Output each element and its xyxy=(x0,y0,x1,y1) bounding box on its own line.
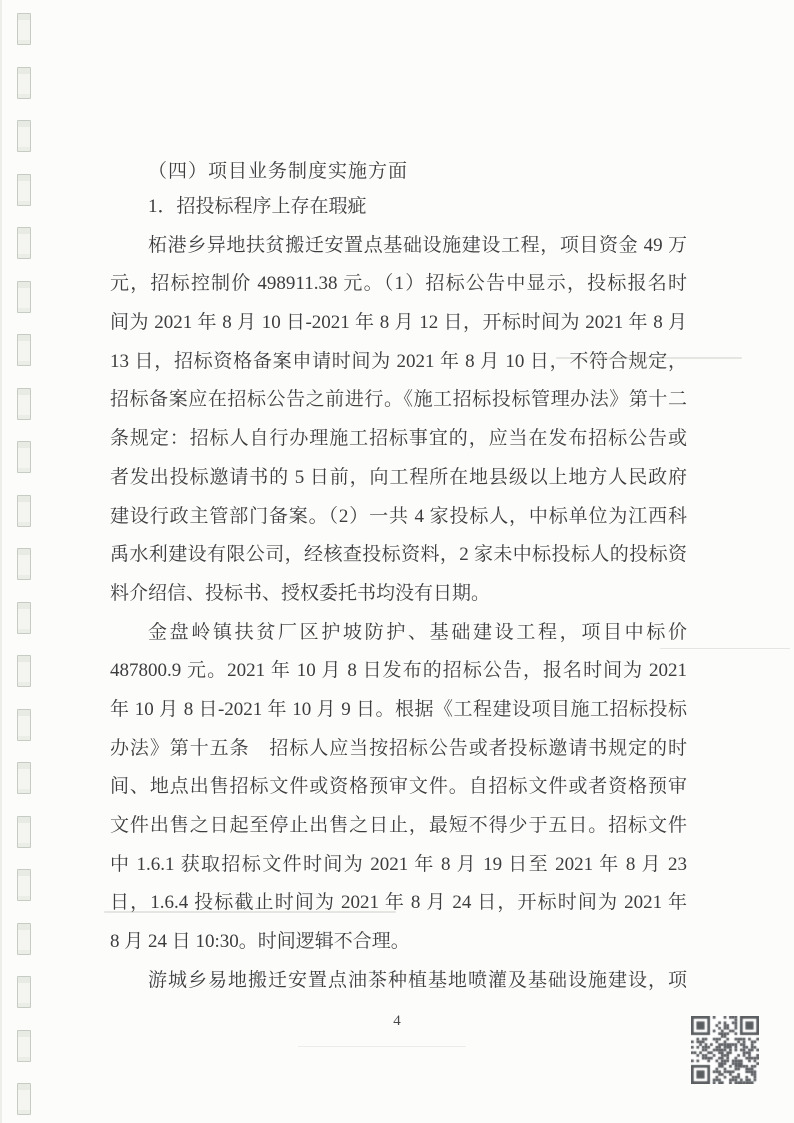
text-line: 间、地点出售招标文件或资格预审文件。自招标文件或者资格预审 xyxy=(110,768,687,807)
section-heading: （四）项目业务制度实施方面 xyxy=(110,155,687,188)
text-line: 建设行政主管部门备案。（2）一共 4 家投标人，中标单位为江西科 xyxy=(110,498,687,537)
text-line: 游城乡易地搬迁安置点油茶种植基地喷灌及基础设施建设，项 xyxy=(110,962,687,1001)
text-line: 柘港乡异地扶贫搬迁安置点基础设施建设工程，项目资金 49 万 xyxy=(110,227,687,266)
binding-hole xyxy=(17,655,31,687)
text-line: 年 10 月 8 日-2021 年 10 月 9 日。根据《工程建设项目施工招标… xyxy=(110,691,687,730)
scan-streak xyxy=(298,1046,466,1047)
binding-hole xyxy=(17,441,31,473)
text-line: 料介绍信、投标书、授权委托书均没有日期。 xyxy=(110,575,687,614)
binding-hole xyxy=(17,602,31,634)
text-line: 办法》第十五条 招标人应当按招标公告或者投标邀请书规定的时 xyxy=(110,730,687,769)
binding-hole xyxy=(17,1030,31,1062)
scan-streak xyxy=(104,911,396,913)
text-line: 元，招标控制价 498911.38 元。（1）招标公告中显示，投标报名时 xyxy=(110,265,687,304)
binding-hole xyxy=(17,548,31,580)
text-line: 间为 2021 年 8 月 10 日-2021 年 8 月 12 日，开标时间为… xyxy=(110,304,687,343)
text-line: 金盘岭镇扶贫厂区护坡防护、基础建设工程，项目中标价 xyxy=(110,614,687,653)
binding-hole xyxy=(17,869,31,901)
binding-hole xyxy=(17,334,31,366)
binding-hole xyxy=(17,976,31,1008)
binding-hole xyxy=(17,1083,31,1115)
text-line: 文件出售之日起至停止出售之日止，最短不得少于五日。招标文件 xyxy=(110,807,687,846)
text-line: 禹水利建设有限公司，经核查投标资料，2 家未中标投标人的投标资 xyxy=(110,536,687,575)
scanned-page: （四）项目业务制度实施方面 1．招投标程序上存在瑕疵 柘港乡异地扶贫搬迁安置点基… xyxy=(0,0,794,1123)
binding-hole xyxy=(17,388,31,420)
binding-hole xyxy=(17,13,31,45)
text-line: 487800.9 元。2021 年 10 月 8 日发布的招标公告，报名时间为 … xyxy=(110,652,687,691)
subsection-heading: 1．招投标程序上存在瑕疵 xyxy=(110,188,687,227)
binding-hole xyxy=(17,709,31,741)
binding-hole xyxy=(17,174,31,206)
text-line: 13 日，招标资格备案申请时间为 2021 年 8 月 10 日，不符合规定， xyxy=(110,343,687,382)
text-line: 条规定：招标人自行办理施工招标事宜的，应当在发布招标公告或 xyxy=(110,420,687,459)
binding-hole xyxy=(17,67,31,99)
binding-hole xyxy=(17,495,31,527)
scan-streak xyxy=(556,357,742,359)
document-body: （四）项目业务制度实施方面 1．招投标程序上存在瑕疵 柘港乡异地扶贫搬迁安置点基… xyxy=(110,155,687,1000)
binding-hole xyxy=(17,923,31,955)
binding-hole xyxy=(17,762,31,794)
body-text: 柘港乡异地扶贫搬迁安置点基础设施建设工程，项目资金 49 万元，招标控制价 49… xyxy=(110,227,687,1001)
text-line: 中 1.6.1 获取招标文件时间为 2021 年 8 月 19 日至 2021 … xyxy=(110,846,687,885)
text-line: 日，1.6.4 投标截止时间为 2021 年 8 月 24 日，开标时间为 20… xyxy=(110,884,687,923)
page-number: 4 xyxy=(0,1013,794,1030)
text-line: 8 月 24 日 10:30。时间逻辑不合理。 xyxy=(110,923,687,962)
scan-edge-shadow xyxy=(0,0,2,1123)
scan-streak xyxy=(660,648,790,649)
binding-hole xyxy=(17,281,31,313)
text-line: 招标备案应在招标公告之前进行。《施工招标投标管理办法》第十二 xyxy=(110,381,687,420)
text-line: 者发出投标邀请书的 5 日前，向工程所在地县级以上地方人民政府 xyxy=(110,459,687,498)
qr-code xyxy=(691,1016,759,1084)
binding-hole xyxy=(17,120,31,152)
binding-hole xyxy=(17,227,31,259)
binding-hole xyxy=(17,816,31,848)
